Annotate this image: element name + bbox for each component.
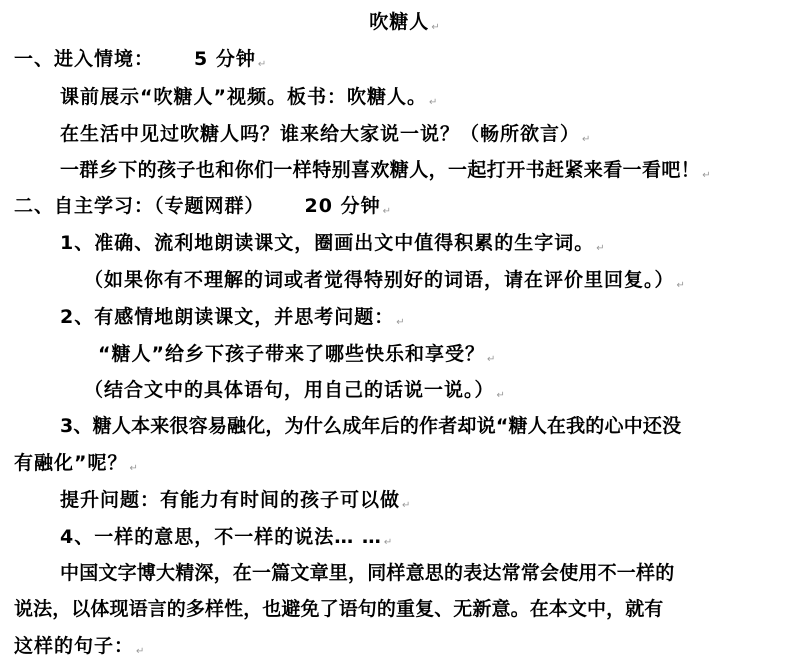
paragraph-mark-icon: ↵ [596,243,604,254]
paragraph-mark-icon: ↵ [677,280,685,291]
question-1: 1、准确、流利地朗读课文，圈画出文中值得积累的生字词。↵ [60,231,605,261]
paragraph-text: 一群乡下的孩子也和你们一样特别喜欢糖人，一起打开书赶紧来看一看吧！ [60,159,700,181]
question-3-line-1: 3、糖人本来很容易融化，为什么成年后的作者却说“糖人在我的心中还没 [60,414,681,438]
paragraph-intro-video: 课前展示“吹糖人”视频。板书：吹糖人。↵ [60,85,437,115]
question-text: 1、准确、流利地朗读课文，圈画出文中值得积累的生字词。 [60,232,594,254]
question-2-subquestion: “糖人”给乡下孩子带来了哪些快乐和享受？↵ [98,342,495,372]
paragraph-mark-icon: ↵ [383,206,391,217]
question-2: 2、有感情地朗读课文，并思考问题：↵ [60,305,405,335]
paragraph-mark-icon: ↵ [431,22,439,33]
question-text: 3、糖人本来很容易融化，为什么成年后的作者却说“糖人在我的心中还没 [60,415,681,437]
question-text: 有融化”呢？ [14,452,128,474]
paragraph-text: 这样的句子： [14,635,134,657]
question-4: 4、一样的意思，不一样的说法… …↵ [60,525,392,555]
advanced-text: 提升问题：有能力有时间的孩子可以做 [60,489,400,511]
document-title: 吹糖人↵ [0,10,809,40]
section-2-heading: 二、自主学习：（专题网群）20 分钟↵ [14,194,391,224]
paragraph-open-book: 一群乡下的孩子也和你们一样特别喜欢糖人，一起打开书赶紧来看一看吧！↵ [60,158,711,188]
question-4-paragraph-line-1: 中国文字博大精深，在一篇文章里，同样意思的表达常常会使用不一样的 [60,561,674,585]
question-text: 2、有感情地朗读课文，并思考问题： [60,306,394,328]
duration-text: 20 分钟 [305,195,381,217]
document-page: 吹糖人↵ 一、进入情境：5 分钟↵ 课前展示“吹糖人”视频。板书：吹糖人。↵ 在… [0,0,809,668]
paragraph-text: 在生活中见过吹糖人吗？谁来给大家说一说？（畅所欲言） [60,123,580,145]
question-4-paragraph-line-2: 说法，以体现语言的多样性，也避免了语句的重复、无新意。在本文中，就有 [14,597,663,621]
paragraph-text: 说法，以体现语言的多样性，也避免了语句的重复、无新意。在本文中，就有 [14,598,663,620]
question-1-note: （如果你有不理解的词或者觉得特别好的词语，请在评价里回复。）↵ [84,268,685,298]
section-heading-text: 一、进入情境： [14,48,154,70]
paragraph-mark-icon: ↵ [487,354,495,365]
note-text: （结合文中的具体语句，用自己的话说一说。） [84,379,495,401]
paragraph-text: 中国文字博大精深，在一篇文章里，同样意思的表达常常会使用不一样的 [60,562,674,584]
paragraph-mark-icon: ↵ [402,500,410,511]
title-text: 吹糖人 [369,11,429,33]
paragraph-mark-icon: ↵ [258,59,266,70]
paragraph-mark-icon: ↵ [429,97,437,108]
paragraph-mark-icon: ↵ [384,537,392,548]
section-heading-text: 二、自主学习：（专题网群） [14,195,265,217]
note-text: （如果你有不理解的词或者觉得特别好的词语，请在评价里回复。） [84,269,675,291]
question-2-note: （结合文中的具体语句，用自己的话说一说。）↵ [84,378,505,408]
paragraph-mark-icon: ↵ [702,170,710,181]
duration-text: 5 分钟 [194,48,256,70]
section-1-heading: 一、进入情境：5 分钟↵ [14,47,266,77]
paragraph-mark-icon: ↵ [396,317,404,328]
subquestion-text: “糖人”给乡下孩子带来了哪些快乐和享受？ [98,343,485,365]
paragraph-discussion: 在生活中见过吹糖人吗？谁来给大家说一说？（畅所欲言）↵ [60,122,590,152]
paragraph-mark-icon: ↵ [136,646,144,657]
advanced-question-label: 提升问题：有能力有时间的孩子可以做↵ [60,488,410,518]
paragraph-mark-icon: ↵ [497,390,505,401]
question-text: 4、一样的意思，不一样的说法… … [60,526,382,548]
question-3-line-2: 有融化”呢？↵ [14,451,138,481]
question-4-paragraph-line-3: 这样的句子：↵ [14,634,144,664]
paragraph-text: 课前展示“吹糖人”视频。板书：吹糖人。 [60,86,427,108]
paragraph-mark-icon: ↵ [582,134,590,145]
paragraph-mark-icon: ↵ [130,463,138,474]
